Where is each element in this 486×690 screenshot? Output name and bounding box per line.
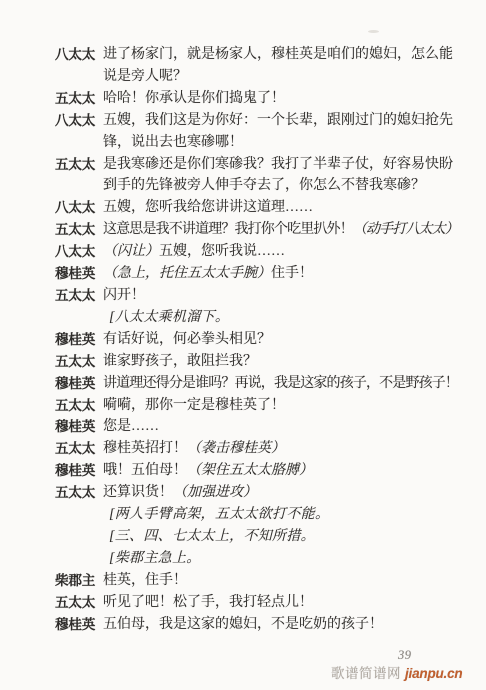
dialogue-line: 哈哈！你承认是你们捣鬼了！ <box>103 88 458 110</box>
dialogue-line: 是我寒碜还是你们寒碜我？我打了半辈子仗，好容易快盼 <box>103 154 458 176</box>
dialogue-line: 五嫂，我们这是为你好：一个长辈，跟刚过门的媳妇抢先 <box>103 110 458 132</box>
speaker-name: 五太太 <box>55 395 103 417</box>
dialogue-row: 五太太是我寒碜还是你们寒碜我？我打了半辈子仗，好容易快盼到手的先锋被旁人伸手夺去… <box>55 154 458 198</box>
dialogue-line: 谁家野孩子，敢阻拦我？ <box>103 351 458 373</box>
dialogue-row: 穆桂英有话好说，何必拳头相见？ <box>55 329 458 351</box>
stage-direction-row: [八太太乘机溜下。 <box>55 307 458 329</box>
dialogue-line: 桂英，住手！ <box>103 570 458 592</box>
speaker-name: 柴郡主 <box>55 570 103 592</box>
speaker-name: 穆桂英 <box>55 460 103 482</box>
script-body: 八太太进了杨家门，就是杨家人，穆桂英是咱们的媳妇，怎么能说是旁人呢？五太太哈哈！… <box>55 44 458 635</box>
speaker-name: 五太太 <box>55 285 103 307</box>
dialogue-row: 穆桂英讲道理还得分是谁吗？再说，我是这家的孩子，不是野孩子！ <box>55 373 458 395</box>
watermark: 歌谱简谱网 jianpu.cn <box>331 662 462 683</box>
dialogue-row: 五太太谁家野孩子，敢阻拦我？ <box>55 351 458 373</box>
speaker-name: 八太太 <box>55 110 103 132</box>
dialogue-row: 穆桂英哦！五伯母！（架住五太太胳膊） <box>55 460 458 482</box>
speaker-name: 五太太 <box>55 88 103 110</box>
speaker-name: 五太太 <box>55 351 103 373</box>
dialogue-row: 穆桂英您是…… <box>55 416 458 438</box>
dialogue-line: 进了杨家门，就是杨家人，穆桂英是咱们的媳妇，怎么能 <box>103 44 458 66</box>
speaker-name: 八太太 <box>55 44 103 66</box>
dialogue-line: 有话好说，何必拳头相见？ <box>103 329 458 351</box>
speaker-name: 穆桂英 <box>55 329 103 351</box>
dialogue-line: 闪开！ <box>103 285 458 307</box>
dialogue-row: 八太太进了杨家门，就是杨家人，穆桂英是咱们的媳妇，怎么能说是旁人呢？ <box>55 44 458 88</box>
dialogue-row: 五太太嗬嗬，那你一定是穆桂英了！ <box>55 395 458 417</box>
speaker-name: 五太太 <box>55 438 103 460</box>
dialogue-row: 五太太这意思是我不讲道理？我打你个吃里扒外！（动手打八太太） <box>55 219 458 241</box>
dialogue-line: 说是旁人呢？ <box>103 66 458 88</box>
dialogue-row: 穆桂英（急上，托住五太太手腕）住手！ <box>55 263 458 285</box>
dialogue-line: 您是…… <box>103 416 458 438</box>
dialogue-line: （急上，托住五太太手腕）住手！ <box>103 263 458 285</box>
watermark-site-name: 歌谱简谱网 <box>331 666 401 681</box>
stage-direction-line: [三、四、七太太上，不知所措。 <box>109 526 458 548</box>
dialogue-line: 听见了吧！松了手，我打轻点儿！ <box>103 592 458 614</box>
stage-direction-line: [柴郡主急上。 <box>109 548 458 570</box>
dialogue-line: 哦！五伯母！（架住五太太胳膊） <box>103 460 458 482</box>
dialogue-row: 五太太哈哈！你承认是你们捣鬼了！ <box>55 88 458 110</box>
stage-direction-row: [两人手臂高架，五太太欲打不能。 <box>55 504 458 526</box>
dialogue-line: 这意思是我不讲道理？我打你个吃里扒外！（动手打八太太） <box>103 219 458 241</box>
dialogue-line: 嗬嗬，那你一定是穆桂英了！ <box>103 395 458 417</box>
scan-artifact <box>368 30 379 33</box>
watermark-site-url: jianpu.cn <box>405 666 462 681</box>
dialogue-row: 八太太五嫂，我们这是为你好：一个长辈，跟刚过门的媳妇抢先锋，说出去也寒碜哪！ <box>55 110 458 154</box>
dialogue-line: 锋，说出去也寒碜哪！ <box>103 132 458 154</box>
stage-direction-row: [柴郡主急上。 <box>55 548 458 570</box>
speaker-name: 穆桂英 <box>55 614 103 636</box>
speaker-name: 五太太 <box>55 482 103 504</box>
dialogue-row: 五太太穆桂英招打！（袭击穆桂英） <box>55 438 458 460</box>
speaker-name: 五太太 <box>55 592 103 614</box>
dialogue-row: 柴郡主桂英，住手！ <box>55 570 458 592</box>
dialogue-row: 五太太还算识货！（加强进攻） <box>55 482 458 504</box>
speaker-name: 穆桂英 <box>55 373 103 395</box>
dialogue-line: 五嫂，您听我给您讲讲这道理…… <box>103 197 458 219</box>
dialogue-line: 讲道理还得分是谁吗？再说，我是这家的孩子，不是野孩子！ <box>103 373 458 395</box>
speaker-name: 八太太 <box>55 197 103 219</box>
dialogue-row: 穆桂英五伯母，我是这家的媳妇，不是吃奶的孩子！ <box>55 614 458 636</box>
dialogue-line: 穆桂英招打！（袭击穆桂英） <box>103 438 458 460</box>
dialogue-row: 八太太五嫂，您听我给您讲讲这道理…… <box>55 197 458 219</box>
stage-direction-line: [八太太乘机溜下。 <box>109 307 458 329</box>
speaker-name: 穆桂英 <box>55 416 103 438</box>
script-page: 八太太进了杨家门，就是杨家人，穆桂英是咱们的媳妇，怎么能说是旁人呢？五太太哈哈！… <box>0 0 486 690</box>
page-number: 39 <box>398 648 412 663</box>
dialogue-row: 八太太（闪让）五嫂，您听我说…… <box>55 241 458 263</box>
dialogue-row: 五太太听见了吧！松了手，我打轻点儿！ <box>55 592 458 614</box>
dialogue-line: 五伯母，我是这家的媳妇，不是吃奶的孩子！ <box>103 614 458 636</box>
dialogue-row: 五太太闪开！ <box>55 285 458 307</box>
stage-direction-line: [两人手臂高架，五太太欲打不能。 <box>109 504 458 526</box>
speaker-name: 五太太 <box>55 154 103 176</box>
dialogue-line: （闪让）五嫂，您听我说…… <box>103 241 458 263</box>
speaker-name: 五太太 <box>55 219 103 241</box>
stage-direction-row: [三、四、七太太上，不知所措。 <box>55 526 458 548</box>
speaker-name: 八太太 <box>55 241 103 263</box>
dialogue-line: 到手的先锋被旁人伸手夺去了，你怎么不替我寒碜？ <box>103 175 458 197</box>
dialogue-line: 还算识货！（加强进攻） <box>103 482 458 504</box>
speaker-name: 穆桂英 <box>55 263 103 285</box>
